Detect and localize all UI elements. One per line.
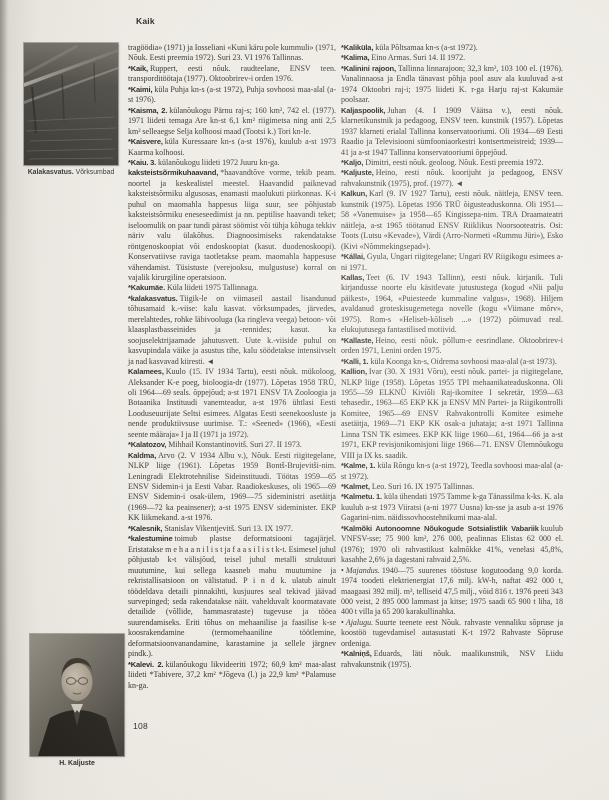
entry: *Kalevi. 2.külanõukogu likvideeriti 1972… [128, 660, 336, 691]
entry: *Kaljuste,Heino, eesti nõuk. koorijuht j… [341, 168, 563, 189]
page-number: 108 [133, 721, 148, 731]
caption-name: H. Kaljuste [59, 760, 95, 767]
entry: *Kalmet,Leo. Suri 16. IX 1975 Tallinnas. [341, 482, 563, 492]
portrait-photo [30, 634, 124, 756]
entry-section-majandus: •Majandus.1940—75 suurenes tööstuse kogu… [341, 566, 563, 618]
encyclopedia-page-scan: Kaik [0, 0, 609, 800]
entry: *kalestuminetoimub plastse deformatsioon… [128, 534, 336, 659]
caption-detail: Võrksumbad [76, 169, 115, 176]
entry: *Kalesnik,Stanislav Vikentjevitš. Suri 1… [128, 524, 336, 534]
entry: *Kakumäe.Küla liideti 1975 Tallinnaga. [128, 283, 336, 293]
entry: *Kaliküla,küla Põltsamaa kn-s (a-st 1972… [341, 43, 563, 53]
entry: *Kaljo,Dimitri, eesti nõuk. geoloog. Nõu… [341, 158, 563, 168]
fish-farming-photo-figure: Kalakasvatus. Võrksumbad [24, 43, 118, 165]
fish-farming-photo [24, 43, 118, 165]
entry: *Kalima,Eino Armas. Suri 14. II 1972. [341, 53, 563, 63]
entry: *Kaimi,küla Puhja kn-s (a-st 1972), Puhj… [128, 85, 336, 106]
entry: *Kalmõki Autonoomne Nõukogude Sotsialist… [341, 524, 563, 566]
entry: Kaldma,Arvo (2. V 1934 Albu v.), Nõuk. E… [128, 451, 336, 524]
entry: *Kalmetu. 1.küla ühendati 1975 Tamme k-g… [341, 492, 563, 523]
entry-continuation: tragöödia» (1971) ja Iosseliani «Kuni kä… [128, 43, 336, 64]
portrait-caption: H. Kaljuste [30, 760, 124, 769]
entry: Kalamees,Kuulo (15. IV 1934 Tartu), eest… [128, 367, 336, 440]
entry-section-ajalugu: •Ajalugu.Suurte teenete eest Nõuk. rahva… [341, 618, 563, 649]
entry: *Kalniņš,Eduards, läti nõuk. maalikunstn… [341, 649, 563, 670]
entry: *Kaiu. 3.külanõukogu liideti 1972 Juuru … [128, 158, 336, 168]
entry: Kallion,Ivar (30. X 1931 Võru), eesti nõ… [341, 367, 563, 461]
portrait-photo-figure: H. Kaljuste [30, 634, 124, 756]
caption-term: Kalakasvatus. [28, 169, 74, 176]
running-head: Kaik [136, 16, 155, 26]
entry: *Kaisma, 2.külanõukogu Pärnu raj-s; 160 … [128, 106, 336, 137]
entry: Kalkun,Karl (9. IV 1927 Tartu), eesti nõ… [341, 189, 563, 252]
photo-caption: Kalakasvatus. Võrksumbad [12, 169, 130, 178]
entry: *Kalatozov,Mihhail Konstantinovitš. Suri… [128, 440, 336, 450]
entry: *kalakasvatus.Tiigik-le on viimaseil aas… [128, 294, 336, 367]
text-column-left: tragöödia» (1971) ja Iosseliani «Kuni kä… [128, 43, 336, 691]
page-spine-shadow [0, 0, 8, 800]
entry: *Kaik,Ruppert, eesti nõuk. raudteelane, … [128, 64, 336, 85]
entry: Kallas,Teet (6. IV 1943 Tallinn), eesti … [341, 273, 563, 336]
entry: *Kaisvere,küla Kuressaare kn-s (a-st 197… [128, 137, 336, 158]
entry: *Kalinini rajoon,Tallinna linnarajoon; 3… [341, 64, 563, 106]
entry: *Kállai,Gyula, Ungari riigitegelane; Ung… [341, 252, 563, 273]
entry: *Kallaste,Heino, eesti nõuk. põllum-e ee… [341, 336, 563, 357]
entry: *Kalli, 1.küla Koonga kn-s, Oidrema sovh… [341, 357, 563, 367]
entry: kaksteistsõrmikuhaavand,*haavandtõve vor… [128, 168, 336, 283]
text-column-right: *Kaliküla,küla Põltsamaa kn-s (a-st 1972… [341, 43, 563, 670]
entry: *Kalme, 1.küla Rõngu kn-s (a-st 1972), T… [341, 461, 563, 482]
entry: Kaljaspoolik,Juhan (4. I 1909 Väätsa v.)… [341, 106, 563, 158]
